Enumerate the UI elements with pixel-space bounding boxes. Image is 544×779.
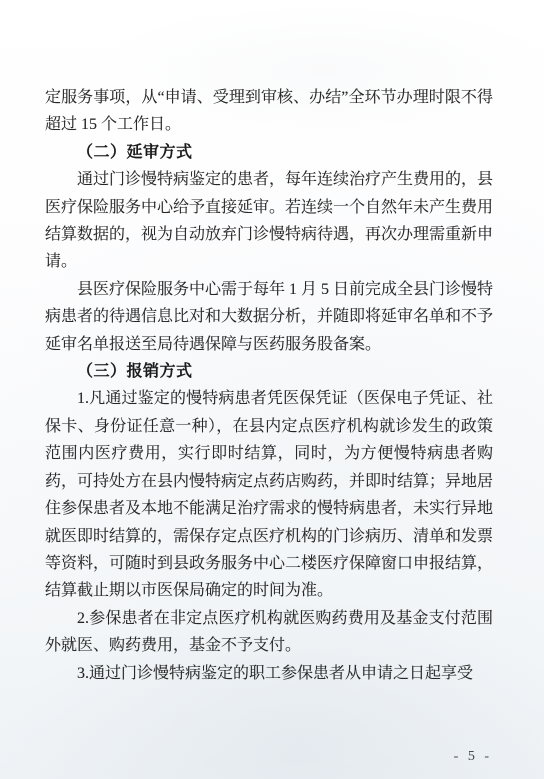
paragraph-continuation: 定服务事项，从“申请、受理到审核、办结”全环节办理时限不得超过 15 个工作日。: [45, 84, 493, 139]
scanned-document-page: 定服务事项，从“申请、受理到审核、办结”全环节办理时限不得超过 15 个工作日。…: [0, 0, 544, 779]
paragraph-reimbursement-item-3: 3.通过门诊慢特病鉴定的职工参保患者从申请之日起享受: [45, 660, 493, 687]
document-body: 定服务事项，从“申请、受理到审核、办结”全环节办理时限不得超过 15 个工作日。…: [45, 84, 493, 687]
paragraph-reimbursement-item-2: 2.参保患者在非定点医疗机构就医购药费用及基金支付范围外就医、购药费用，基金不予…: [45, 605, 493, 660]
paragraph-extension-review-2: 县医疗保险服务中心需于每年 1 月 5 日前完成全县门诊慢特病患者的待遇信息比对…: [45, 276, 493, 358]
section-heading-2-extension-review: （二）延审方式: [45, 139, 493, 166]
paragraph-extension-review-1: 通过门诊慢特病鉴定的患者，每年连续治疗产生费用的，县医疗保险服务中心给予直接延审…: [45, 166, 493, 276]
page-number: - 5 -: [454, 749, 492, 765]
paragraph-reimbursement-item-1: 1.凡通过鉴定的慢特病患者凭医保凭证（医保电子凭证、社保卡、身份证任意一种），在…: [45, 385, 493, 604]
section-heading-3-reimbursement: （三）报销方式: [45, 358, 493, 385]
